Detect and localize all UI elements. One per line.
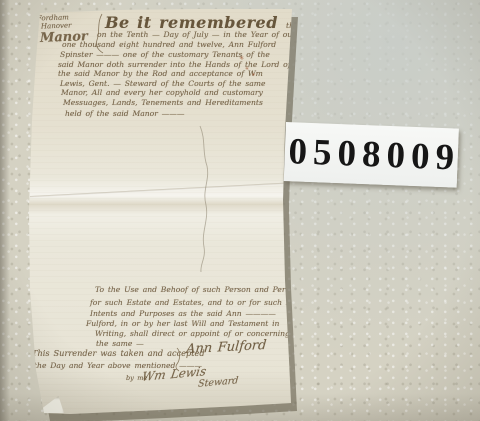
catalog-label: 0508009 <box>284 122 459 188</box>
attestation-line: This Surrender was taken and accepted <box>32 349 205 357</box>
manuscript-line: Writing, shall direct or appoint of or c… <box>95 330 290 338</box>
manuscript-line: Intents and Purposes as the said Ann ———… <box>90 310 276 318</box>
manuscript-line: Fulford, in or by her last Will and Test… <box>86 320 279 328</box>
photograph-of-manuscript: Fordham Hanover Manor Be it remembered t… <box>0 0 480 421</box>
manuscript-line: for such Estate and Estates, and to or f… <box>90 299 307 307</box>
catalog-number: 0508009 <box>282 130 461 180</box>
manuscript-line: the same — <box>96 340 144 348</box>
